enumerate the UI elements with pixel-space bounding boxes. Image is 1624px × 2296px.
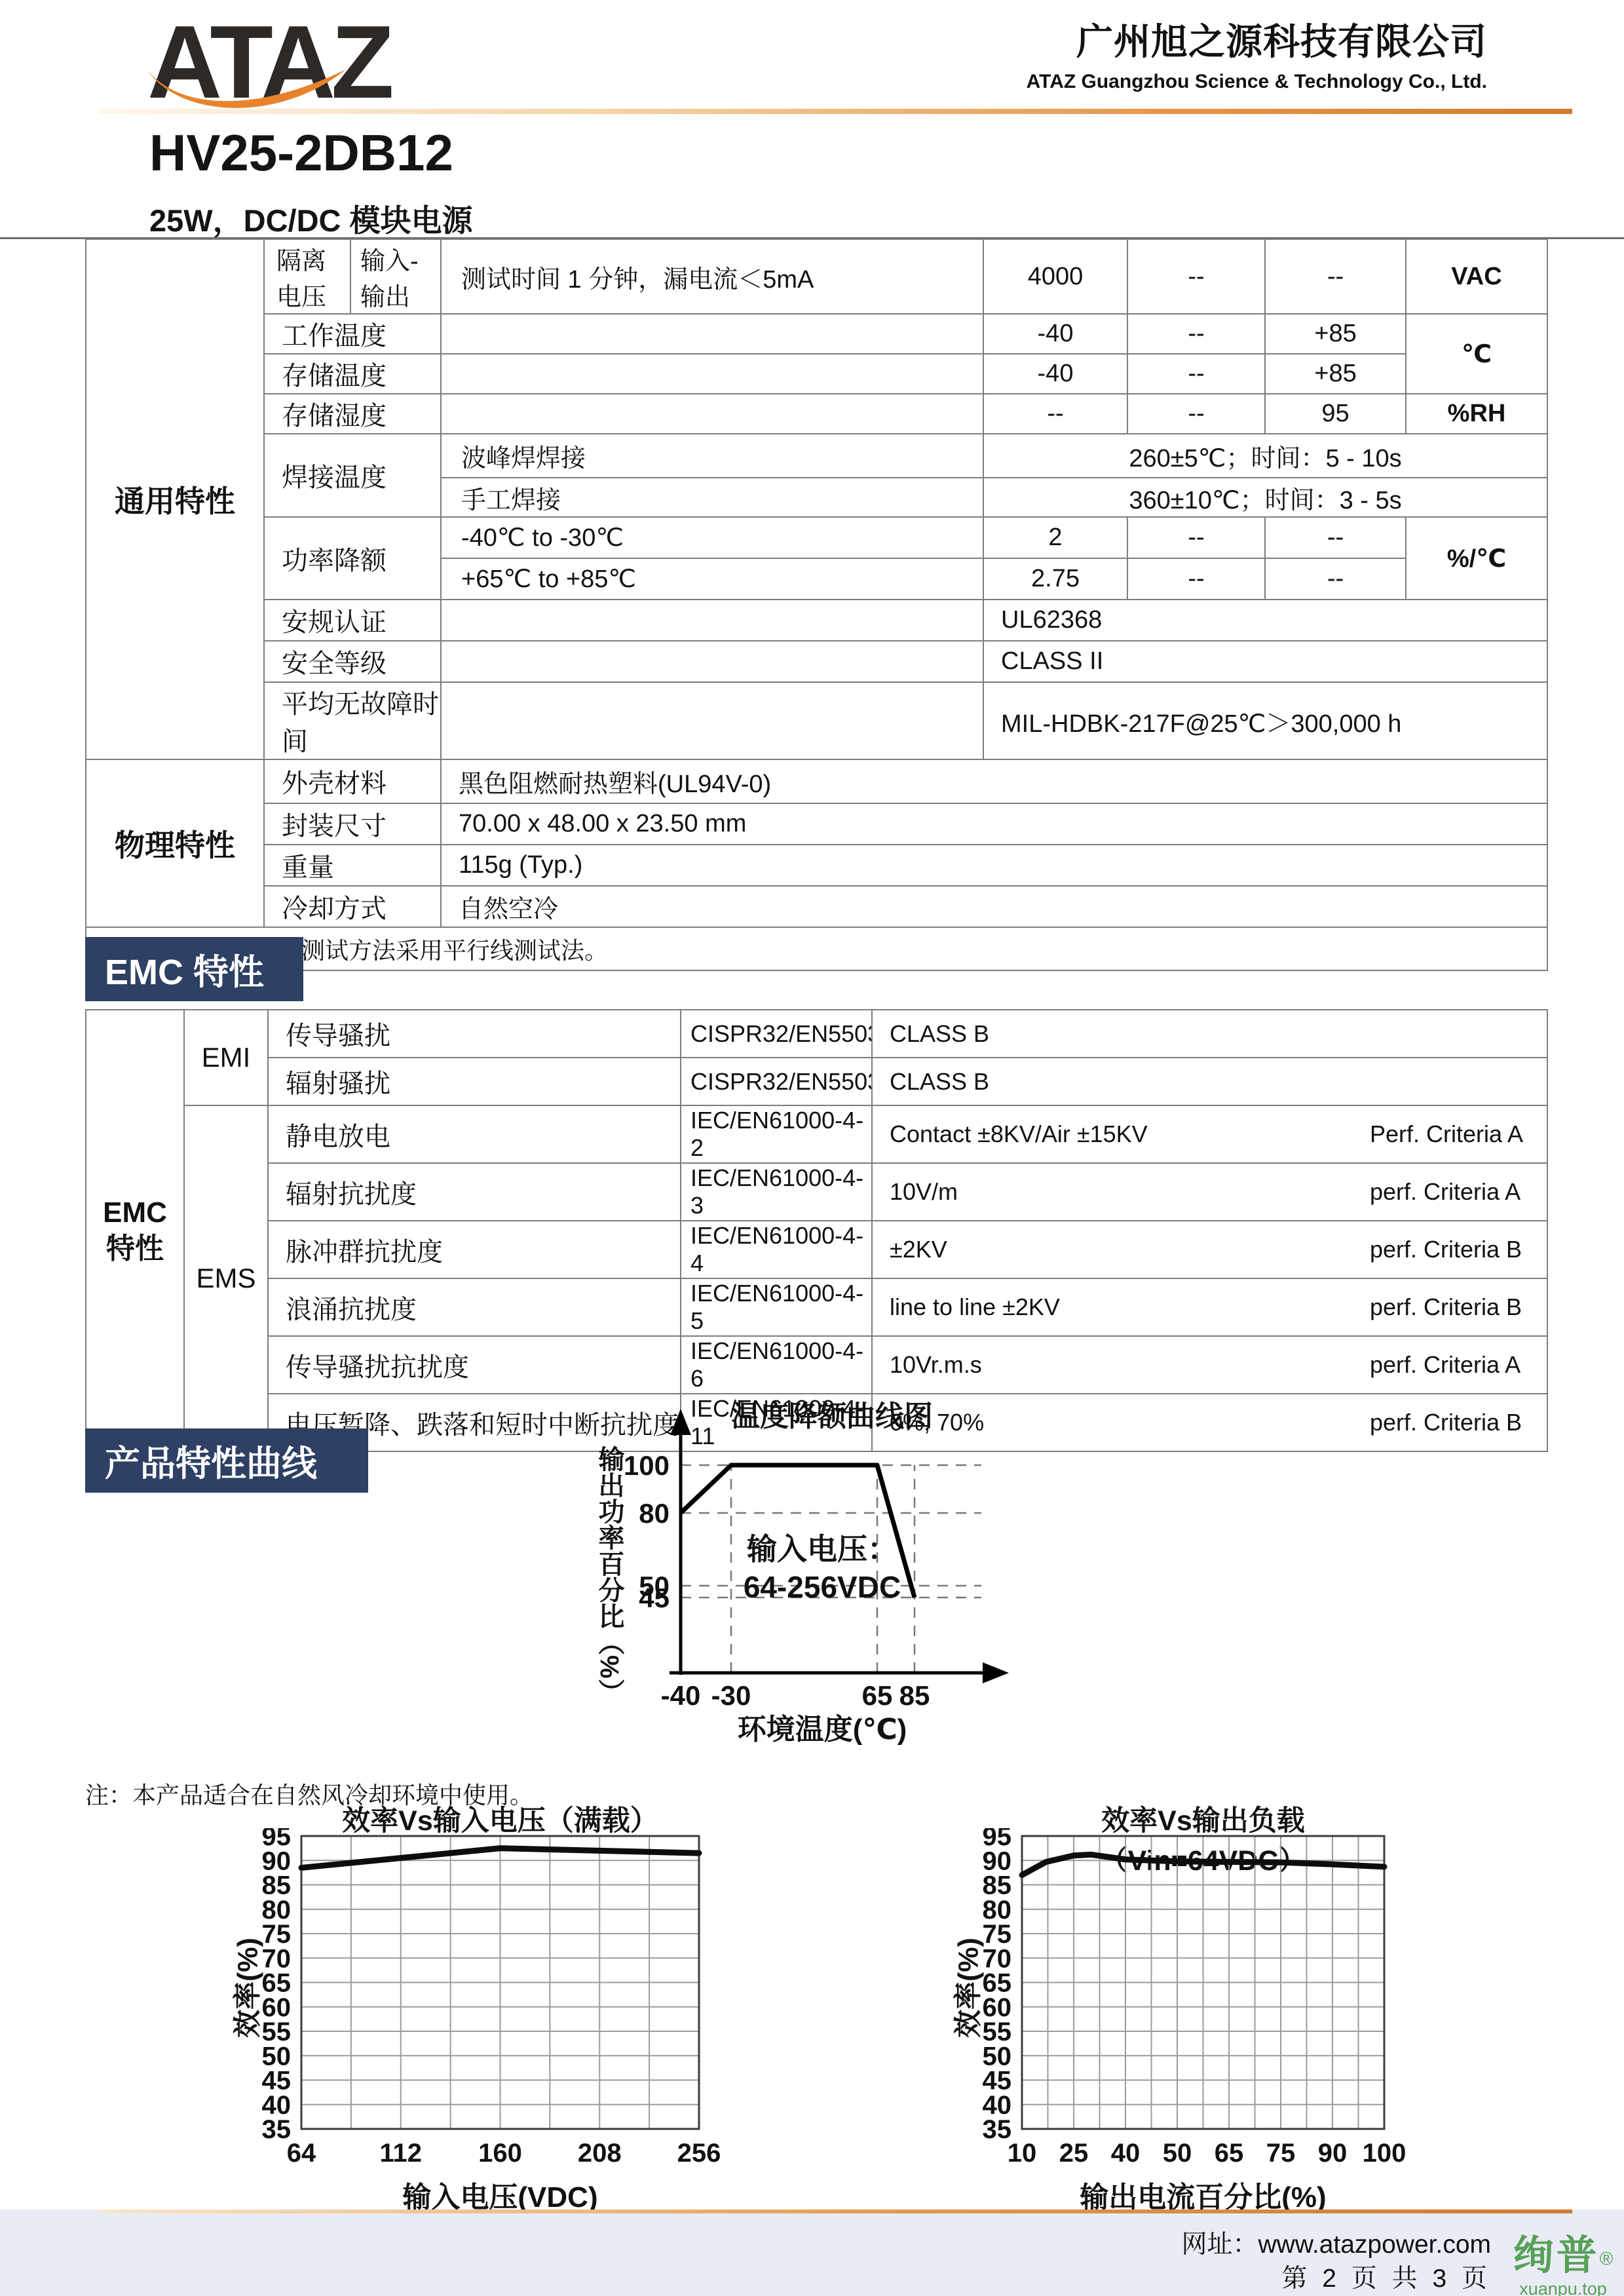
svg-text:160: 160 bbox=[478, 2139, 522, 2168]
curves-section-badge: 产品特性曲线 bbox=[85, 1428, 368, 1493]
row-operating-temp: 工作温度 -40 -- +85 ℃ bbox=[86, 314, 1547, 354]
svg-text:10: 10 bbox=[1008, 2139, 1037, 2168]
condition-cell: +65℃ to +85℃ bbox=[441, 558, 983, 600]
svg-text:208: 208 bbox=[578, 2139, 622, 2168]
emc-section-badge: EMC 特性 bbox=[85, 937, 303, 1001]
svg-text:-40: -40 bbox=[661, 1680, 701, 1711]
svg-text:100: 100 bbox=[624, 1450, 670, 1481]
value-cell: 70.00 x 48.00 x 23.50 mm bbox=[441, 803, 1547, 845]
criteria-cell bbox=[1357, 1010, 1547, 1058]
unit-cell: %RH bbox=[1406, 394, 1547, 434]
table-note: 注：*纹波和噪声的测试方法采用平行线测试法。 bbox=[86, 927, 1547, 970]
typ-cell: -- bbox=[1127, 239, 1265, 314]
value-cell: CLASS B bbox=[872, 1010, 1357, 1058]
svg-text:64-256VDC: 64-256VDC bbox=[744, 1570, 901, 1604]
row-safety-approval: 安规认证 UL62368 bbox=[86, 600, 1547, 641]
watermark-text: 绚普 bbox=[1513, 2233, 1600, 2278]
param-cell: 存储温度 bbox=[264, 354, 441, 394]
condition-cell: 手工焊接 bbox=[441, 478, 983, 517]
footer-divider bbox=[98, 2210, 1572, 2213]
param-cell: 焊接温度 bbox=[264, 434, 441, 517]
svg-text:65: 65 bbox=[1215, 2139, 1244, 2168]
condition-cell: 测试时间 1 分钟，漏电流＜5mA bbox=[441, 239, 983, 314]
watermark: 绚普® xuanpu.top bbox=[1507, 2236, 1619, 2296]
typ-cell: -- bbox=[1127, 314, 1265, 354]
min-cell: 4000 bbox=[983, 239, 1127, 314]
footer-website: 网址：www.atazpower.com bbox=[1182, 2224, 1491, 2261]
svg-text:50: 50 bbox=[1163, 2139, 1192, 2168]
svg-text:256: 256 bbox=[677, 2139, 721, 2168]
svg-text:-30: -30 bbox=[711, 1680, 751, 1711]
product-subtitle: 25W，DC/DC 模块电源 bbox=[149, 197, 473, 240]
condition-cell: -40℃ to -30℃ bbox=[441, 517, 983, 558]
row-cooling: 冷却方式 自然空冷 bbox=[86, 886, 1547, 927]
svg-text:80: 80 bbox=[639, 1498, 670, 1529]
param-cell: 工作温度 bbox=[264, 314, 441, 354]
unit-cell: VAC bbox=[1406, 239, 1547, 314]
param-sub-cell: 输入- 输出 bbox=[350, 239, 441, 314]
max-cell: +85 bbox=[1265, 314, 1406, 354]
svg-text:64: 64 bbox=[287, 2139, 316, 2168]
standard-cell: CISPR32/EN55032 bbox=[681, 1010, 872, 1058]
min-cell: -40 bbox=[983, 314, 1127, 354]
header-divider bbox=[98, 109, 1572, 114]
chart-plot: 9590858075706560555045403564112160208256 bbox=[190, 1828, 727, 2202]
param-cell: 安规认证 bbox=[264, 600, 441, 641]
value-cell: UL62368 bbox=[983, 600, 1547, 641]
param-cell: 封装尺寸 bbox=[264, 803, 441, 845]
condition-cell: 波峰焊焊接 bbox=[441, 434, 983, 478]
row-wave-soldering: 焊接温度 波峰焊焊接 260±5℃；时间：5 - 10s bbox=[86, 434, 1547, 478]
efficiency-vs-vin-chart: 效率Vs输入电压（满载） 效率(%) 959085807570656055504… bbox=[190, 1792, 727, 2225]
efficiency-vs-load-chart: 效率Vs输出负载（Vin=64VDC） 效率(%) 95908580757065… bbox=[904, 1792, 1513, 2225]
value-cell: 360±10℃；时间：3 - 5s bbox=[983, 478, 1547, 517]
company-block: 广州旭之源科技有限公司 ATAZ Guangzhou Science & Tec… bbox=[1027, 13, 1487, 93]
svg-text:温度降额曲线图: 温度降额曲线图 bbox=[731, 1400, 933, 1432]
emc-table: EMC 特性 EMI 传导骚扰 CISPR32/EN55032 CLASS B … bbox=[85, 1009, 1548, 1452]
row-weight: 重量 115g (Typ.) bbox=[86, 845, 1547, 886]
registered-icon: ® bbox=[1600, 2249, 1614, 2269]
param-cell: 冷却方式 bbox=[264, 886, 441, 927]
unit-cell: %/℃ bbox=[1406, 517, 1547, 600]
emc-row: 脉冲群抗扰度 IEC/EN61000-4-4 ±2KV perf. Criter… bbox=[86, 1221, 1547, 1278]
value-cell: 260±5℃；时间：5 - 10s bbox=[983, 434, 1547, 478]
value-cell: 黑色阻燃耐热塑料(UL94V-0) bbox=[441, 759, 1547, 803]
row-note: 注：*纹波和噪声的测试方法采用平行线测试法。 bbox=[86, 927, 1547, 970]
row-isolation-voltage: 通用特性 隔离 电压 输入- 输出 测试时间 1 分钟，漏电流＜5mA 4000… bbox=[86, 239, 1547, 314]
row-storage-temp: 存储温度 -40 -- +85 bbox=[86, 354, 1547, 394]
unit-cell: ℃ bbox=[1406, 314, 1547, 394]
svg-text:40: 40 bbox=[1111, 2139, 1141, 2168]
param-cell: 功率降额 bbox=[264, 517, 441, 600]
emc-row: EMS 静电放电 IEC/EN61000-4-2 Contact ±8KV/Ai… bbox=[86, 1105, 1547, 1163]
row-mtbf: 平均无故障时间 MIL-HDBK-217F@25℃＞300,000 h bbox=[86, 682, 1547, 759]
ems-cell: EMS bbox=[184, 1105, 268, 1451]
svg-text:45: 45 bbox=[639, 1582, 670, 1613]
emc-row: 辐射骚扰 CISPR32/EN55032 CLASS B bbox=[86, 1058, 1547, 1105]
svg-text:100: 100 bbox=[1363, 2139, 1407, 2168]
group-physical: 物理特性 bbox=[86, 759, 264, 927]
svg-text:65: 65 bbox=[862, 1680, 893, 1711]
derating-y-axis-label: 输出功率百分比（%） bbox=[591, 1445, 628, 1708]
chart-plot: 9590858075706560555045403510254050657590… bbox=[904, 1828, 1513, 2202]
param-cell: 外壳材料 bbox=[264, 759, 441, 803]
row-derating-low: 功率降额 -40℃ to -30℃ 2 -- -- %/℃ bbox=[86, 517, 1547, 558]
emc-row: EMC 特性 EMI 传导骚扰 CISPR32/EN55032 CLASS B bbox=[86, 1010, 1547, 1058]
svg-text:输入电压：: 输入电压： bbox=[746, 1532, 897, 1566]
emc-row: 浪涌抗扰度 IEC/EN61000-4-5 line to line ±2KV … bbox=[86, 1278, 1547, 1336]
value-cell: MIL-HDBK-217F@25℃＞300,000 h bbox=[983, 682, 1547, 759]
row-case-material: 物理特性 外壳材料 黑色阻燃耐热塑料(UL94V-0) bbox=[86, 759, 1547, 803]
group-general: 通用特性 bbox=[86, 239, 264, 759]
watermark-url: xuanpu.top bbox=[1507, 2280, 1619, 2296]
company-name-cn: 广州旭之源科技有限公司 bbox=[1027, 13, 1487, 66]
param-cell: 传导骚扰 bbox=[268, 1010, 681, 1058]
row-package-size: 封装尺寸 70.00 x 48.00 x 23.50 mm bbox=[86, 803, 1547, 845]
svg-text:85: 85 bbox=[899, 1680, 930, 1711]
svg-text:25: 25 bbox=[1059, 2139, 1089, 2168]
company-name-en: ATAZ Guangzhou Science & Technology Co.,… bbox=[1027, 71, 1487, 93]
value-cell: 115g (Typ.) bbox=[441, 845, 1547, 886]
emc-row: 辐射抗扰度 IEC/EN61000-4-3 10V/m perf. Criter… bbox=[86, 1163, 1547, 1221]
emc-group-cell: EMC 特性 bbox=[86, 1010, 184, 1451]
param-cell: 重量 bbox=[264, 845, 441, 886]
emc-row: 传导骚扰抗扰度 IEC/EN61000-4-6 10Vr.m.s perf. C… bbox=[86, 1336, 1547, 1394]
derating-chart: 温度降额曲线图100805045-40-306585输入电压：64-256VDC… bbox=[557, 1394, 1022, 1765]
svg-text:90: 90 bbox=[1318, 2139, 1348, 2168]
max-cell: -- bbox=[1265, 239, 1406, 314]
svg-text:75: 75 bbox=[1266, 2139, 1296, 2168]
row-safety-class: 安全等级 CLASS II bbox=[86, 641, 1547, 682]
row-storage-humidity: 存储湿度 -- -- 95 %RH bbox=[86, 394, 1547, 434]
footer-page-number: 第 2 页 共 3 页 bbox=[1281, 2258, 1491, 2295]
param-cell: 存储湿度 bbox=[264, 394, 441, 434]
param-cell: 隔离 电压 bbox=[264, 239, 350, 314]
value-cell: 自然空冷 bbox=[441, 886, 1547, 927]
svg-text:环境温度(℃): 环境温度(℃) bbox=[738, 1713, 907, 1746]
value-cell: CLASS II bbox=[983, 641, 1547, 682]
param-cell: 安全等级 bbox=[264, 641, 441, 682]
datasheet-page: ATAZ 广州旭之源科技有限公司 ATAZ Guangzhou Science … bbox=[0, 0, 1624, 2296]
param-cell: 平均无故障时间 bbox=[264, 682, 441, 759]
emi-cell: EMI bbox=[184, 1010, 268, 1105]
spec-table: 通用特性 隔离 电压 输入- 输出 测试时间 1 分钟，漏电流＜5mA 4000… bbox=[85, 239, 1548, 971]
condition-cell bbox=[441, 314, 983, 354]
svg-text:112: 112 bbox=[379, 2139, 422, 2168]
product-model-title: HV25-2DB12 bbox=[149, 123, 453, 183]
